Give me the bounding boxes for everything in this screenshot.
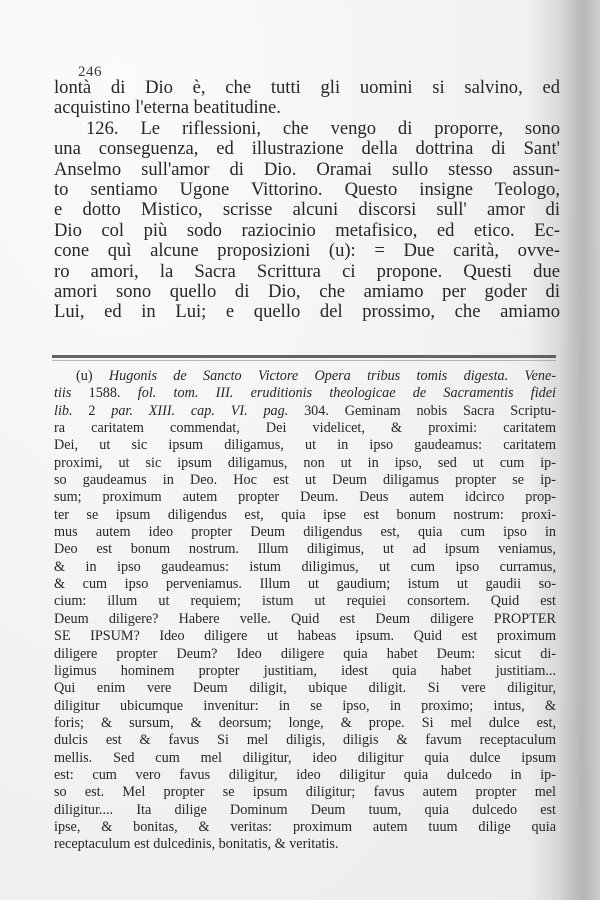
body-line: una conseguenza, ed illustrazione della … (54, 139, 560, 159)
footnote-line: tiis 1588. fol. tom. III. eruditionis th… (54, 385, 556, 402)
body-line: ro amori, la Sacra Scrittura ci propone.… (54, 262, 560, 282)
footnote-line: cium: illum ut requiem; istum ut requiei… (54, 593, 556, 610)
footnote-line: diligitur.... Ita dilige Dominum Deum tu… (54, 802, 556, 819)
footnote-line: ra caritatem commendat, Dei videlicet, &… (54, 420, 556, 437)
footnote-line: mus autem ideo propter Deum diligendus e… (54, 524, 556, 541)
footnote-line: Dei, ut sic ipsum diligamus, ut in ipso … (54, 437, 556, 454)
footnote-citation-italic: fol. tom. III. eruditionis theologicae d… (138, 385, 556, 401)
footnote-line: so est. Mel propter se ipsum diligitur; … (54, 784, 556, 801)
paragraph-126-start: 126. Le riflessioni, che vengo di propor… (54, 119, 560, 139)
footnote-line: sum; proximum autem propter Deum. Deus a… (54, 489, 556, 506)
body-line: amori sono quello di Dio, che amiamo per… (54, 282, 560, 302)
footnote-line: Qui enim vere Deum diligit, ubique dilig… (54, 680, 556, 697)
footnote-block: (u) Hugonis de Sancto Victore Opera trib… (54, 368, 556, 854)
footnote-line: diligere propter Deum? Ideo diligere qui… (54, 646, 556, 663)
footnote-line: Deo est bonum nostrum. Illum diligimus, … (54, 541, 556, 558)
footnote-line: ter se ipsum diligendus est, quia ipse e… (54, 507, 556, 524)
footnote-line: mellis. Sed cum mel diligitur, ideo dili… (54, 750, 556, 767)
footnote-line: diligitur ubicumque invenitur: in se ips… (54, 698, 556, 715)
body-line: acquistino l'eterna beatitudine. (54, 98, 560, 118)
footnote-citation-number: 2 (73, 403, 112, 419)
footnote-line: SE IPSUM? Ideo diligere ut habeas ipsum.… (54, 628, 556, 645)
footnote-line: est: cum vero favus diligitur, ideo dili… (54, 767, 556, 784)
footnote-line: ligimus hominem propter justitiam, idest… (54, 663, 556, 680)
footnote-line: Deum diligere? Habere velle. Quid est De… (54, 611, 556, 628)
body-line: e dotto Mistico, scrisse alcuni discorsi… (54, 200, 560, 220)
book-page: 246 lontà di Dio è, che tutti gli uomini… (0, 0, 600, 900)
footnote-line: so gaudeamus in Deo. Hoc est ut Deum dil… (54, 472, 556, 489)
footnote-separator-rule (52, 355, 556, 358)
footnote-line: lib. 2 par. XIII. cap. VI. pag. 304. Gem… (54, 403, 556, 420)
footnote-citation-italic: tiis (54, 385, 71, 401)
footnote-citation-italic: Hugonis de Sancto Victore Opera tribus t… (109, 368, 556, 384)
footnote-line: foris; & sursum, & deorsum; longe, & pro… (54, 715, 556, 732)
main-body-text: lontà di Dio è, che tutti gli uomini si … (54, 78, 560, 323)
body-line: cone quì alcune proposizioni (u): = Due … (54, 241, 560, 261)
footnote-citation-italic: par. XIII. cap. VI. pag. (111, 403, 288, 419)
footnote-quote-text: 304. Geminam nobis Sacra Scriptu- (288, 403, 556, 419)
footnote-line: ipse, & bonitas, & veritas: proximum aut… (54, 819, 556, 836)
footnote-line: proximi, ut sic ipsum diligamus, non ut … (54, 455, 556, 472)
footnote-citation-year: 1588. (71, 385, 137, 401)
body-line: lontà di Dio è, che tutti gli uomini si … (54, 78, 560, 98)
page-gutter-shadow (560, 0, 600, 900)
footnote-line: & in ipso gaudeamus: istum diligimus, ut… (54, 559, 556, 576)
body-line: Lui, ed in Lui; e quello del prossimo, c… (54, 302, 560, 322)
footnote-line: (u) Hugonis de Sancto Victore Opera trib… (54, 368, 556, 385)
footnote-citation-italic: lib. (54, 403, 73, 419)
body-line: to sentiamo Ugone Vittorino. Questo insi… (54, 180, 560, 200)
footnote-marker: (u) (76, 368, 93, 384)
body-line: Dio col più sodo raziocinio metafisico, … (54, 221, 560, 241)
footnote-line: receptaculum est dulcedinis, bonitatis, … (54, 836, 556, 853)
footnote-line: & cum ipso perveniamus. Illum ut gaudium… (54, 576, 556, 593)
body-line: Anselmo sull'amor di Dio. Oramai sullo s… (54, 160, 560, 180)
footnote-separator-rule-thin (52, 360, 556, 361)
footnote-line: dulcis est & favus Si mel diligis, dilig… (54, 732, 556, 749)
